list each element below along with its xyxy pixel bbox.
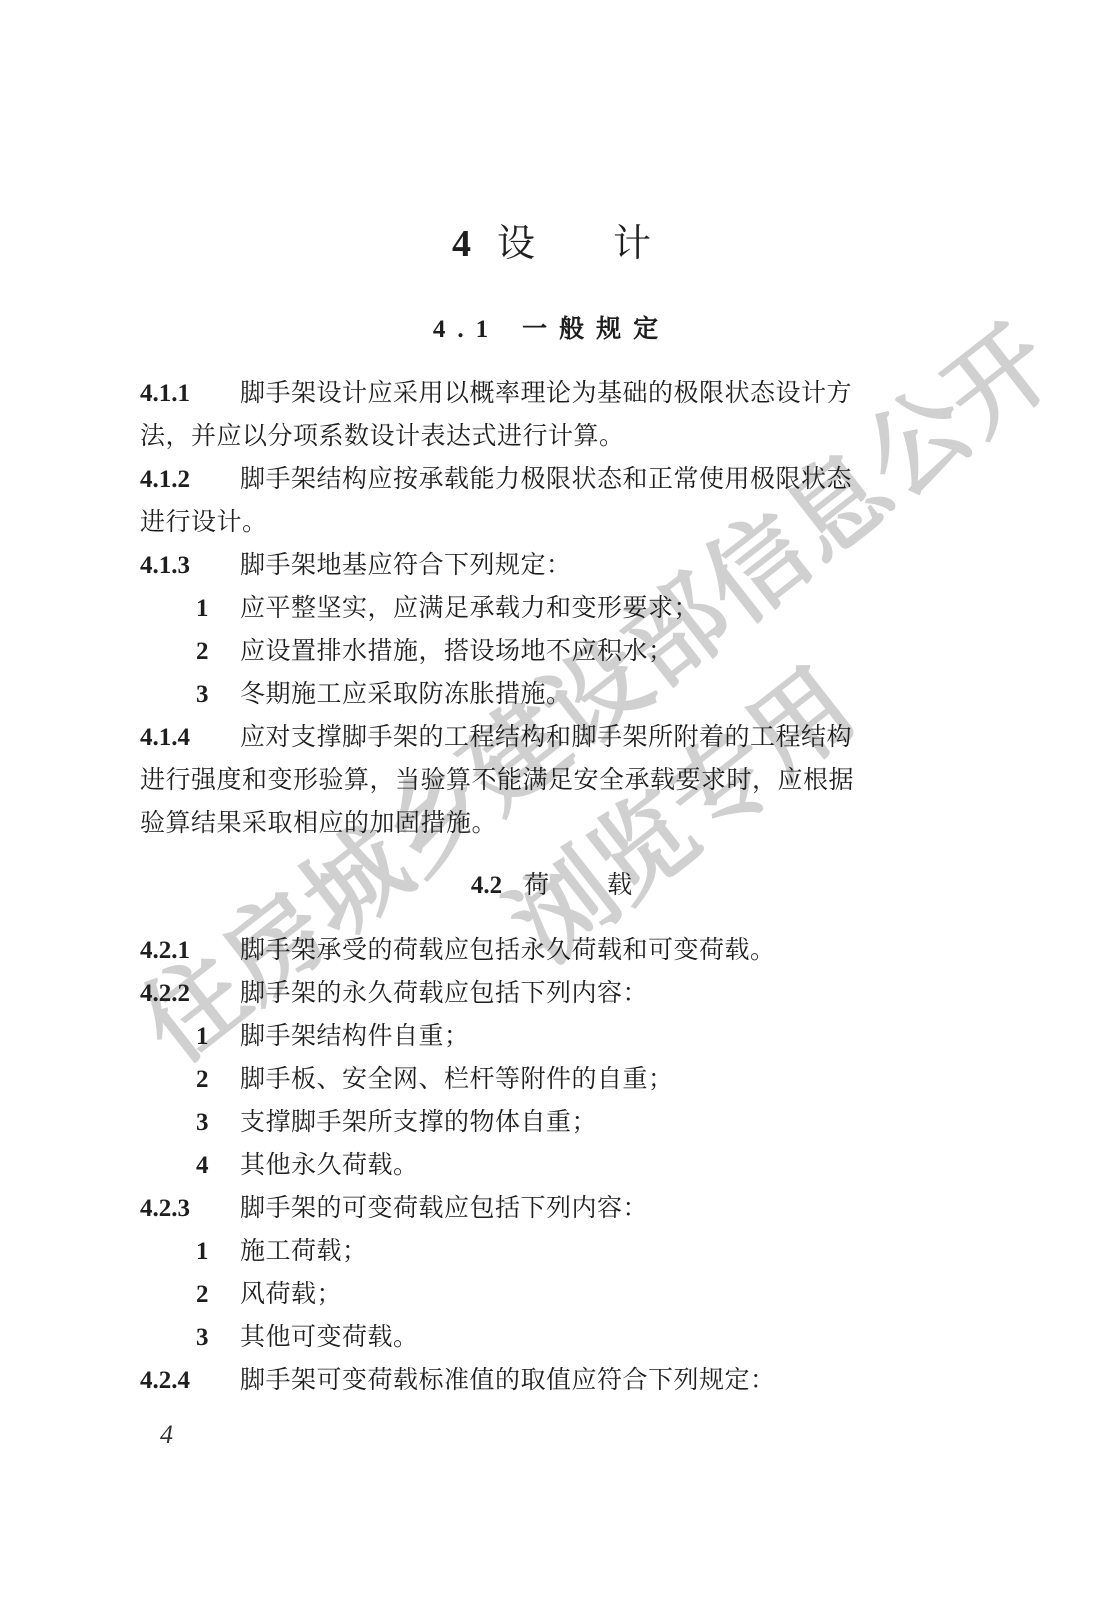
section-number: 4.1 <box>433 316 500 343</box>
clause-number: 4.1.2 <box>140 463 240 497</box>
item-number: 2 <box>196 1063 240 1097</box>
item-text: 脚手板、安全网、栏杆等附件的自重； <box>240 1064 674 1093</box>
clause-4-2-3-item-3: 3其他可变荷载。 <box>140 1320 960 1355</box>
item-text: 其他永久荷载。 <box>240 1150 419 1179</box>
item-text: 风荷载； <box>240 1279 342 1308</box>
clause-4-2-2-item-2: 2脚手板、安全网、栏杆等附件的自重； <box>140 1062 960 1097</box>
item-text: 脚手架结构件自重； <box>240 1021 470 1050</box>
item-text: 应平整坚实，应满足承载力和变形要求； <box>240 593 699 622</box>
chapter-title-char-1: 设 <box>497 221 535 265</box>
document-page: 住房城乡建设部信息公开 浏览专用 4设计 4.1一般规定 4.1.1脚手架设计应… <box>0 0 1103 1598</box>
clause-4-2-1-line-1: 4.2.1脚手架承受的荷载应包括永久荷载和可变荷载。 <box>140 933 960 968</box>
clause-number: 4.1.4 <box>140 721 240 755</box>
section-title-4-1: 4.1一般规定 <box>0 312 1103 347</box>
clause-number: 4.2.1 <box>140 934 240 968</box>
clause-text: 脚手架的永久荷载应包括下列内容： <box>240 978 648 1007</box>
clause-number: 4.1.3 <box>140 549 240 583</box>
clause-4-2-2-item-1: 1脚手架结构件自重； <box>140 1019 960 1054</box>
clause-text: 脚手架承受的荷载应包括永久荷载和可变荷载。 <box>240 935 776 964</box>
clause-text: 验算结果采取相应的加固措施。 <box>140 808 497 837</box>
item-number: 2 <box>196 1278 240 1312</box>
clause-text: 进行设计。 <box>140 507 268 536</box>
item-text: 其他可变荷载。 <box>240 1322 419 1351</box>
clause-4-1-3-line-1: 4.1.3脚手架地基应符合下列规定： <box>140 548 960 583</box>
item-number: 3 <box>196 678 240 712</box>
clause-4-2-2-item-4: 4其他永久荷载。 <box>140 1148 960 1183</box>
item-text: 应设置排水措施，搭设场地不应积水； <box>240 636 674 665</box>
clause-4-1-2-line-1: 4.1.2脚手架结构应按承载能力极限状态和正常使用极限状态 <box>140 462 960 497</box>
clause-number: 4.2.3 <box>140 1192 240 1226</box>
item-text: 冬期施工应采取防冻胀措施。 <box>240 679 572 708</box>
item-number: 3 <box>196 1106 240 1140</box>
section-title-text: 一般规定 <box>522 314 670 343</box>
item-text: 支撑脚手架所支撑的物体自重； <box>240 1107 597 1136</box>
clause-text: 脚手架地基应符合下列规定： <box>240 550 572 579</box>
page-number: 4 <box>160 1420 173 1450</box>
section-title-4-2: 4.2荷载 <box>0 868 1103 903</box>
item-number: 3 <box>196 1321 240 1355</box>
chapter-title: 4设计 <box>0 218 1103 269</box>
clause-number: 4.2.2 <box>140 977 240 1011</box>
clause-number: 4.2.4 <box>140 1364 240 1398</box>
clause-4-2-3-item-1: 1施工荷载； <box>140 1234 960 1269</box>
clause-4-1-4-line-2: 进行强度和变形验算，当验算不能满足安全承载要求时，应根据 <box>140 763 960 797</box>
item-number: 2 <box>196 635 240 669</box>
clause-text: 脚手架设计应采用以概率理论为基础的极限状态设计方 <box>240 378 852 407</box>
clause-text: 应对支撑脚手架的工程结构和脚手架所附着的工程结构 <box>240 722 852 751</box>
clause-4-2-2-line-1: 4.2.2脚手架的永久荷载应包括下列内容： <box>140 976 960 1011</box>
clause-4-2-2-item-3: 3支撑脚手架所支撑的物体自重； <box>140 1105 960 1140</box>
chapter-title-char-2: 计 <box>613 221 651 265</box>
item-number: 4 <box>196 1149 240 1183</box>
clause-4-1-3-item-1: 1应平整坚实，应满足承载力和变形要求； <box>140 591 960 626</box>
clause-4-1-1-line-1: 4.1.1脚手架设计应采用以概率理论为基础的极限状态设计方 <box>140 376 960 411</box>
item-text: 施工荷载； <box>240 1236 368 1265</box>
clause-number: 4.1.1 <box>140 377 240 411</box>
clause-4-1-4-line-3: 验算结果采取相应的加固措施。 <box>140 806 960 840</box>
clause-4-2-3-item-2: 2风荷载； <box>140 1277 960 1312</box>
clause-4-1-1-line-2: 法，并应以分项系数设计表达式进行计算。 <box>140 419 960 453</box>
item-number: 1 <box>196 1235 240 1269</box>
section-title-char-2: 载 <box>607 870 632 899</box>
clause-4-2-3-line-1: 4.2.3脚手架的可变荷载应包括下列内容： <box>140 1191 960 1226</box>
item-number: 1 <box>196 1020 240 1054</box>
item-number: 1 <box>196 592 240 626</box>
clause-text: 脚手架结构应按承载能力极限状态和正常使用极限状态 <box>240 464 852 493</box>
clause-4-1-3-item-3: 3冬期施工应采取防冻胀措施。 <box>140 677 960 712</box>
clause-4-2-4-line-1: 4.2.4脚手架可变荷载标准值的取值应符合下列规定： <box>140 1363 960 1398</box>
clause-text: 法，并应以分项系数设计表达式进行计算。 <box>140 421 625 450</box>
clause-4-1-2-line-2: 进行设计。 <box>140 505 960 539</box>
chapter-number: 4 <box>452 223 471 265</box>
clause-text: 脚手架的可变荷载应包括下列内容： <box>240 1193 648 1222</box>
clause-4-1-4-line-1: 4.1.4应对支撑脚手架的工程结构和脚手架所附着的工程结构 <box>140 720 960 755</box>
clause-text: 进行强度和变形验算，当验算不能满足安全承载要求时，应根据 <box>140 765 854 794</box>
clause-4-1-3-item-2: 2应设置排水措施，搭设场地不应积水； <box>140 634 960 669</box>
section-title-char-1: 荷 <box>524 870 549 899</box>
clause-text: 脚手架可变荷载标准值的取值应符合下列规定： <box>240 1365 776 1394</box>
section-number: 4.2 <box>471 872 502 899</box>
